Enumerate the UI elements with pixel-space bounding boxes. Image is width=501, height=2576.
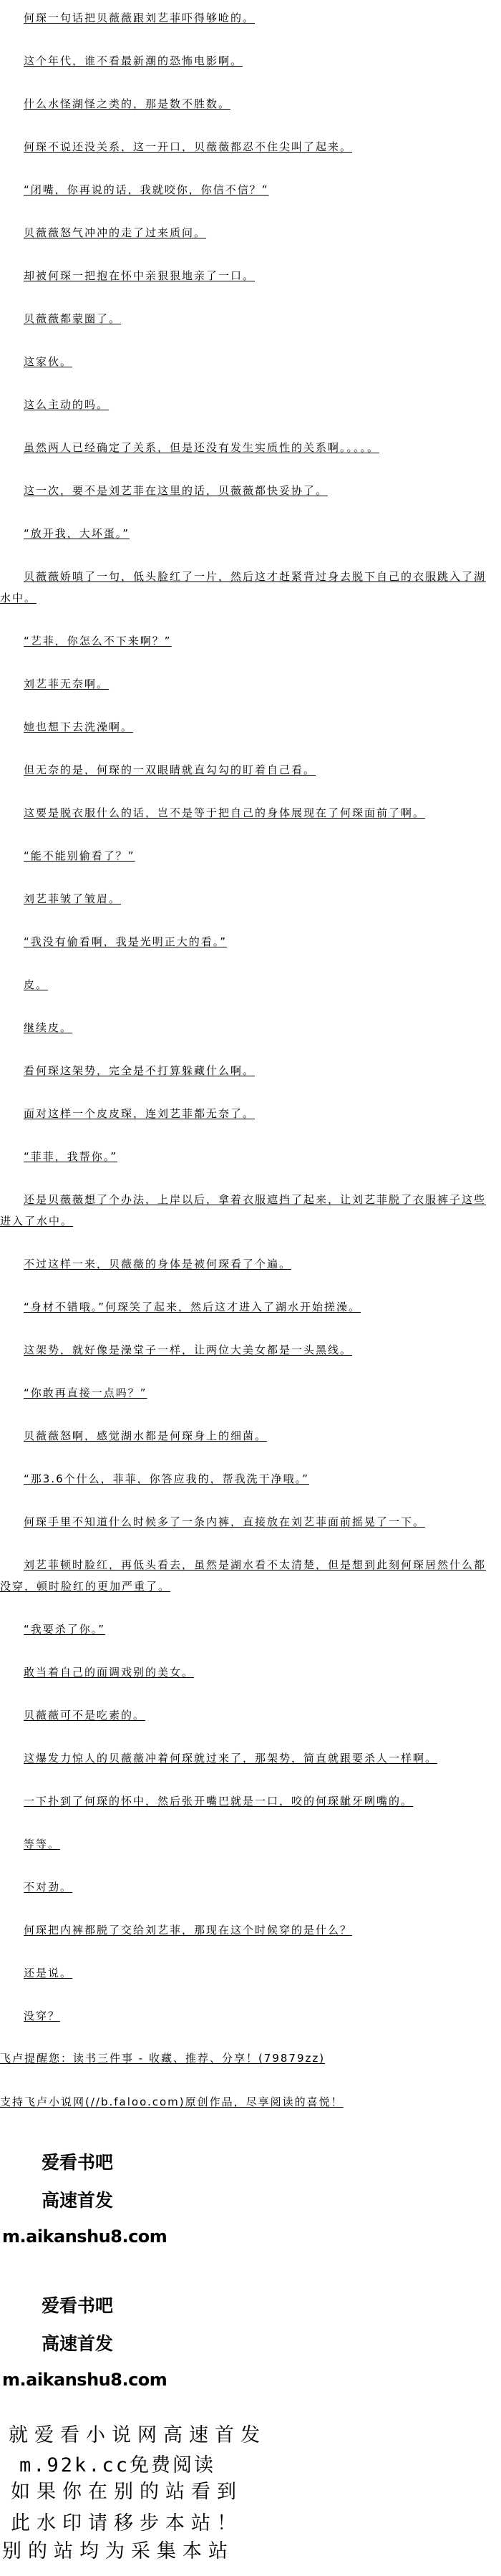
paragraph: 敢当着自己的面调戏别的美女。	[0, 1661, 487, 1683]
paragraph-text: “身材不错哦。”何琛笑了起来，然后这才进入了湖水开始搓澡。	[24, 1301, 361, 1313]
paragraph-text: 这家伙。	[24, 355, 72, 368]
paragraph-text: 一下扑到了何琛的怀中，然后张开嘴巴就是一口，咬的何琛龇牙咧嘴的。	[24, 1795, 413, 1808]
paragraph: “菲菲，我帮你。”	[0, 1146, 487, 1167]
paragraph-text: 继续皮。	[24, 1021, 72, 1034]
paragraph: 贝薇薇都蒙圈了。	[0, 308, 487, 329]
paragraph-text: 这个年代，谁不看最新潮的恐怖电影啊。	[24, 54, 243, 67]
paragraph-text: 还是贝薇薇想了个办法，上岸以后，拿着衣服遮挡了起来，让刘艺菲脱了衣服裤子这些进入…	[0, 1193, 486, 1227]
paragraph: 这架势，就好像是澡堂子一样，让两位大美女都是一头黑线。	[0, 1339, 487, 1361]
watermark-92k-line1: 就爱看小说网高速首发	[9, 2424, 266, 2447]
paragraph: “身材不错哦。”何琛笑了起来，然后这才进入了湖水开始搓澡。	[0, 1296, 487, 1318]
paragraph-text: 刘艺菲无奈啊。	[24, 677, 109, 690]
paragraph-text: “放开我，大坏蛋。”	[24, 527, 130, 540]
paragraph: 什么水怪湖怪之类的，那是数不胜数。	[0, 93, 487, 115]
paragraph-text: 何琛一句话把贝薇薇跟刘艺菲吓得够呛的。	[24, 11, 255, 24]
paragraph: 还是贝薇薇想了个办法，上岸以后，拿着衣服遮挡了起来，让刘艺菲脱了衣服裤子这些进入…	[0, 1189, 487, 1232]
watermark-92k-line5: 别的站均为采集本站	[2, 2540, 234, 2563]
paragraph-text: 面对这样一个皮皮琛，连刘艺菲都无奈了。	[24, 1107, 255, 1120]
paragraph-text: 虽然两人已经确定了关系，但是还没有发生实质性的关系啊。。。。。	[24, 441, 379, 454]
paragraph-text: 这架势，就好像是澡堂子一样，让两位大美女都是一头黑线。	[24, 1344, 352, 1356]
paragraph-text: 却被何琛一把抱在怀中亲狠狠地亲了一口。	[24, 269, 255, 282]
paragraph: “我要杀了你。”	[0, 1619, 487, 1640]
paragraph-text: “我要杀了你。”	[24, 1623, 105, 1636]
paragraph-text: “那3.6个什么，菲菲，你答应我的，帮我洗干净哦。”	[24, 1472, 309, 1485]
paragraph: 刘艺菲无奈啊。	[0, 673, 487, 695]
paragraph: 这要是脱衣服什么的话，岂不是等于把自己的身体展现在了何琛面前了啊。	[0, 802, 487, 824]
paragraph: 贝薇薇怒啊，感觉湖水都是何琛身上的细菌。	[0, 1425, 487, 1447]
paragraph: “那3.6个什么，菲菲，你答应我的，帮我洗干净哦。”	[0, 1468, 487, 1490]
paragraph: 继续皮。	[0, 1017, 487, 1038]
watermark-aikanshu-subtitle-2: 高速首发	[42, 2333, 113, 2355]
paragraph-text: “能不能别偷看了？”	[24, 849, 135, 862]
paragraph: 不过这样一来，贝薇薇的身体是被何琛看了个遍。	[0, 1253, 487, 1275]
paragraph: 这一次，要不是刘艺菲在这里的话，贝薇薇都快妥协了。	[0, 480, 487, 501]
paragraph: “你敢再直接一点吗？”	[0, 1382, 487, 1404]
paragraph-text: 等等。	[24, 1838, 60, 1851]
watermark-92k-line3: 如果你在别的站看到	[11, 2481, 243, 2504]
paragraph: 皮。	[0, 974, 487, 995]
paragraph-text: 刘艺菲皱了皱眉。	[24, 892, 121, 905]
paragraph-text: 贝薇薇可不是吃素的。	[24, 1709, 145, 1722]
paragraph: “我没有偷看啊，我是光明正大的看。”	[0, 931, 487, 952]
paragraph-text: 敢当着自己的面调戏别的美女。	[24, 1666, 194, 1679]
paragraph: 一下扑到了何琛的怀中，然后张开嘴巴就是一口，咬的何琛龇牙咧嘴的。	[0, 1790, 487, 1812]
paragraph-text: 不对劲。	[24, 1881, 72, 1894]
footer-note-text: 飞卢提醒您：读书三件事 - 收藏、推荐、分享！(79879zz)	[0, 2052, 325, 2065]
paragraph-text: 贝薇薇都蒙圈了。	[24, 312, 121, 325]
watermark-aikanshu-title: 爱看书吧	[42, 2152, 113, 2174]
paragraph-text: “我没有偷看啊，我是光明正大的看。”	[24, 935, 227, 948]
paragraph: 她也想下去洗澡啊。	[0, 716, 487, 738]
paragraph: “艺菲，你怎么不下来啊？”	[0, 630, 487, 652]
paragraph-text: 贝薇薇怒啊，感觉湖水都是何琛身上的细菌。	[24, 1429, 267, 1442]
paragraph-text: 贝薇薇怒气冲冲的走了过来质问。	[24, 226, 206, 239]
paragraph: 何琛把内裤都脱了交给刘艺菲，那现在这个时候穿的是什么？	[0, 1919, 487, 1941]
footer-note-text: 支持飞卢小说网(//b.faloo.com)原创作品，尽享阅读的喜悦！	[0, 2095, 344, 2108]
paragraph: 这个年代，谁不看最新潮的恐怖电影啊。	[0, 50, 487, 72]
paragraph: 这家伙。	[0, 351, 487, 372]
paragraph-text: 这一次，要不是刘艺菲在这里的话，贝薇薇都快妥协了。	[24, 484, 328, 497]
paragraph: 这爆发力惊人的贝薇薇冲着何琛就过来了，那架势，简直就跟要杀人一样啊。	[0, 1747, 487, 1769]
paragraph-text: 但无奈的是，何琛的一双眼睛就直勾勾的盯着自己看。	[24, 763, 316, 776]
paragraph: 贝薇薇娇嗔了一句，低头脸红了一片，然后这才赶紧背过身去脱下自己的衣服跳入了湖水中…	[0, 566, 487, 609]
watermark-aikanshu-url: m.aikanshu8.com	[2, 2226, 167, 2247]
paragraph: 何琛一句话把贝薇薇跟刘艺菲吓得够呛的。	[0, 7, 487, 29]
watermark-aikanshu-title-2: 爱看书吧	[42, 2295, 113, 2317]
paragraph: 没穿？	[0, 2005, 487, 2027]
paragraph-text: 还是说。	[24, 1967, 72, 1979]
paragraph: 不对劲。	[0, 1876, 487, 1898]
paragraph-text: 贝薇薇娇嗔了一句，低头脸红了一片，然后这才赶紧背过身去脱下自己的衣服跳入了湖水中…	[0, 570, 486, 604]
paragraph-text: 何琛不说还没关系，这一开口，贝薇薇都忍不住尖叫了起来。	[24, 140, 352, 153]
paragraph-text: 看何琛这架势，完全是不打算躲藏什么啊。	[24, 1064, 255, 1077]
paragraph-text: 这爆发力惊人的贝薇薇冲着何琛就过来了，那架势，简直就跟要杀人一样啊。	[24, 1752, 437, 1765]
paragraph-text: “艺菲，你怎么不下来啊？”	[24, 635, 172, 647]
paragraph-text: “闭嘴，你再说的话，我就咬你，你信不信？”	[24, 183, 269, 196]
paragraph-text: 这要是脱衣服什么的话，岂不是等于把自己的身体展现在了何琛面前了啊。	[24, 806, 425, 819]
paragraph-text: “菲菲，我帮你。”	[24, 1150, 117, 1163]
paragraph: 这么主动的吗。	[0, 394, 487, 415]
paragraph: 却被何琛一把抱在怀中亲狠狠地亲了一口。	[0, 265, 487, 286]
paragraph-text: 这么主动的吗。	[24, 398, 109, 411]
paragraph: 刘艺菲皱了皱眉。	[0, 888, 487, 910]
paragraph-text: 什么水怪湖怪之类的，那是数不胜数。	[24, 97, 230, 110]
paragraph: 贝薇薇可不是吃素的。	[0, 1704, 487, 1726]
paragraph: 但无奈的是，何琛的一双眼睛就直勾勾的盯着自己看。	[0, 759, 487, 781]
paragraph-text: 皮。	[24, 978, 48, 991]
paragraph: “放开我，大坏蛋。”	[0, 523, 487, 544]
paragraph: 刘艺菲顿时脸红，再低头看去，虽然是湖水看不太清楚，但是想到此刻何琛居然什么都没穿…	[0, 1554, 487, 1597]
site-footer-note: 飞卢提醒您：读书三件事 - 收藏、推荐、分享！(79879zz)	[0, 2047, 487, 2069]
watermark-92k-line4: 此水印请移步本站！	[11, 2512, 243, 2535]
paragraph: 虽然两人已经确定了关系，但是还没有发生实质性的关系啊。。。。。	[0, 437, 487, 458]
paragraph-text: 不过这样一来，贝薇薇的身体是被何琛看了个遍。	[24, 1258, 291, 1270]
paragraph: “能不能别偷看了？”	[0, 845, 487, 867]
paragraph: 等等。	[0, 1833, 487, 1855]
paragraph-text: 何琛手里不知道什么时候多了一条内裤，直接放在刘艺菲面前摇晃了一下。	[24, 1515, 425, 1528]
watermark-aikanshu-url-2: m.aikanshu8.com	[2, 2369, 167, 2391]
paragraph: 何琛手里不知道什么时候多了一条内裤，直接放在刘艺菲面前摇晃了一下。	[0, 1511, 487, 1533]
paragraph: 贝薇薇怒气冲冲的走了过来质问。	[0, 222, 487, 243]
watermark-92k-url-line: m.92k.cc免费阅读	[19, 2454, 215, 2477]
paragraph: 何琛不说还没关系，这一开口，贝薇薇都忍不住尖叫了起来。	[0, 136, 487, 158]
site-footer-note: 支持飞卢小说网(//b.faloo.com)原创作品，尽享阅读的喜悦！	[0, 2091, 487, 2113]
paragraph-text: “你敢再直接一点吗？”	[24, 1386, 147, 1399]
paragraph-text: 她也想下去洗澡啊。	[24, 720, 133, 733]
watermark-aikanshu-subtitle: 高速首发	[42, 2190, 113, 2211]
paragraph: 还是说。	[0, 1962, 487, 1984]
paragraph: 看何琛这架势，完全是不打算躲藏什么啊。	[0, 1060, 487, 1081]
paragraph: 面对这样一个皮皮琛，连刘艺菲都无奈了。	[0, 1103, 487, 1124]
paragraph-text: 没穿？	[24, 2010, 60, 2022]
paragraph-text: 何琛把内裤都脱了交给刘艺菲，那现在这个时候穿的是什么？	[24, 1924, 352, 1936]
paragraph: “闭嘴，你再说的话，我就咬你，你信不信？”	[0, 179, 487, 201]
paragraph-text: 刘艺菲顿时脸红，再低头看去，虽然是湖水看不太清楚，但是想到此刻何琛居然什么都没穿…	[0, 1558, 486, 1593]
